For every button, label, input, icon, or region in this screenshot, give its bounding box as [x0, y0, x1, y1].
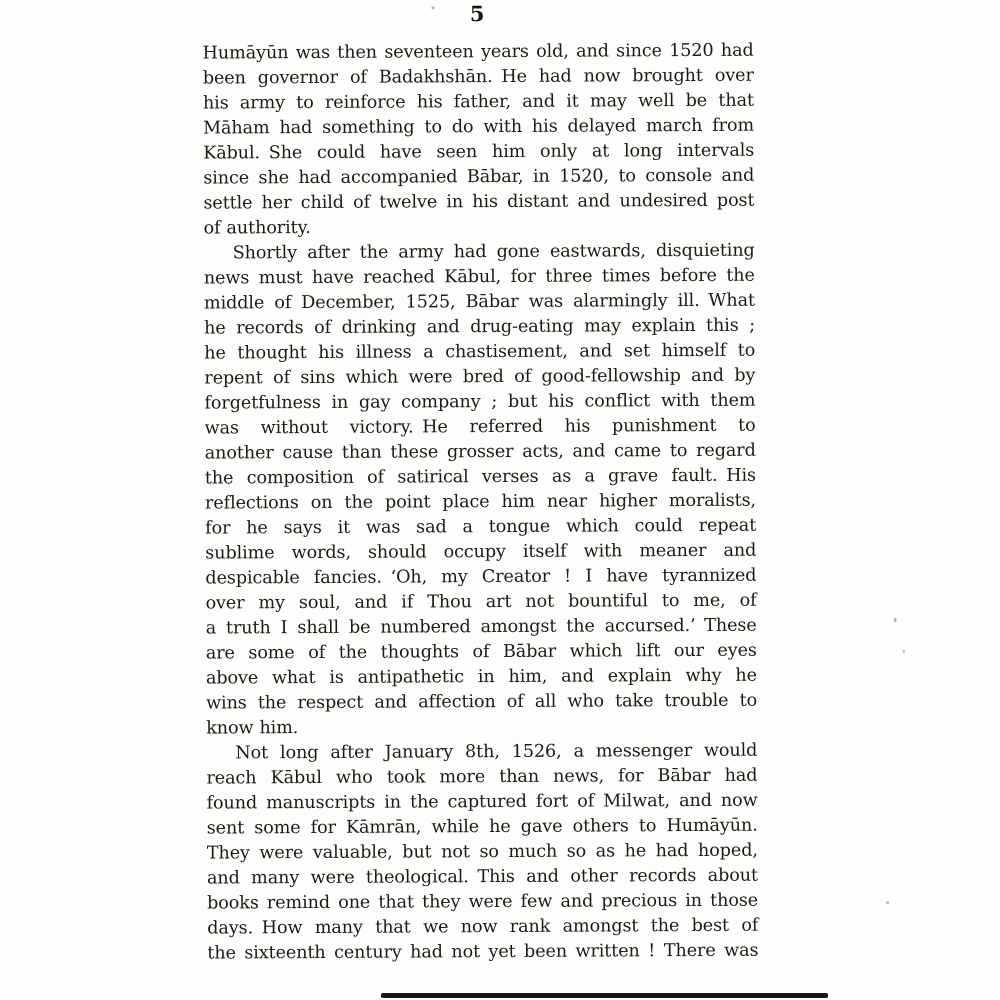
- text-line: know him.: [206, 714, 757, 742]
- text-line: above what is antipathetic in him, and e…: [206, 664, 757, 692]
- text-block: Humāyūn was then seventeen years old, an…: [203, 39, 759, 967]
- text-line: reach Kābul who took more than news, for…: [206, 764, 757, 792]
- text-line: wins the respect and affection of all wh…: [206, 689, 757, 717]
- text-line: reflections on the point place him near …: [205, 489, 756, 517]
- text-line: despicable fancies. ‘Oh, my Creator ! I …: [205, 564, 756, 592]
- text-line: repent of sins which were bred of good-f…: [204, 364, 755, 392]
- text-line: sent some for Kāmrān, while he gave othe…: [207, 814, 758, 842]
- text-line: Not long after January 8th, 1526, a mess…: [206, 739, 757, 767]
- text-line: the composition of satirical verses as a…: [205, 464, 756, 492]
- text-line: his army to reinforce his father, and it…: [203, 89, 754, 117]
- text-line: days. How many that we now rank amongst …: [207, 914, 758, 942]
- text-line: a truth I shall be numbered amongst the …: [206, 614, 757, 642]
- book-page: 5 Humāyūn was then seventeen years old, …: [0, 0, 1000, 1000]
- text-line: Humāyūn was then seventeen years old, an…: [203, 39, 754, 67]
- text-line: middle of December, 1525, Bābar was alar…: [204, 289, 755, 317]
- text-line: forgetfulness in gay company ; but his c…: [204, 389, 755, 417]
- text-line: They were valuable, but not so much so a…: [207, 839, 758, 867]
- text-line: Kābul. She could have seen him only at l…: [203, 139, 754, 167]
- text-line: for he says it was sad a tongue which co…: [205, 514, 756, 542]
- text-line: he thought his illness a chastisement, a…: [204, 339, 755, 367]
- text-line: been governor of Badakhshān. He had now …: [203, 64, 754, 92]
- scan-speck: [431, 6, 434, 9]
- scan-speck: [894, 618, 897, 622]
- scan-speck: [903, 650, 905, 653]
- text-line: another cause than these grosser acts, a…: [205, 439, 756, 467]
- text-line: over my soul, and if Thou art not bounti…: [205, 589, 756, 617]
- text-line: settle her child of twelve in his distan…: [203, 189, 754, 217]
- page-number: 5: [202, 0, 752, 28]
- text-line: and many were theological. This and othe…: [207, 864, 758, 892]
- text-line: the sixteenth century had not yet been w…: [207, 939, 758, 967]
- scan-artifact-bar: [381, 993, 828, 998]
- text-line: Māham had something to do with his delay…: [203, 114, 754, 142]
- text-line: was without victory. He referred his pun…: [205, 414, 756, 442]
- text-line: are some of the thoughts of Bābar which …: [206, 639, 757, 667]
- text-line: news must have reached Kābul, for three …: [204, 264, 755, 292]
- scan-speck: [886, 901, 889, 904]
- text-line: found manuscripts in the captured fort o…: [207, 789, 758, 817]
- text-line: he records of drinking and drug-eating m…: [204, 314, 755, 342]
- text-line: Shortly after the army had gone eastward…: [204, 239, 755, 267]
- text-line: since she had accompanied Bābar, in 1520…: [203, 164, 754, 192]
- text-line: of authority.: [204, 214, 755, 242]
- text-line: sublime words, should occupy itself with…: [205, 539, 756, 567]
- text-line: books remind one that they were few and …: [207, 889, 758, 917]
